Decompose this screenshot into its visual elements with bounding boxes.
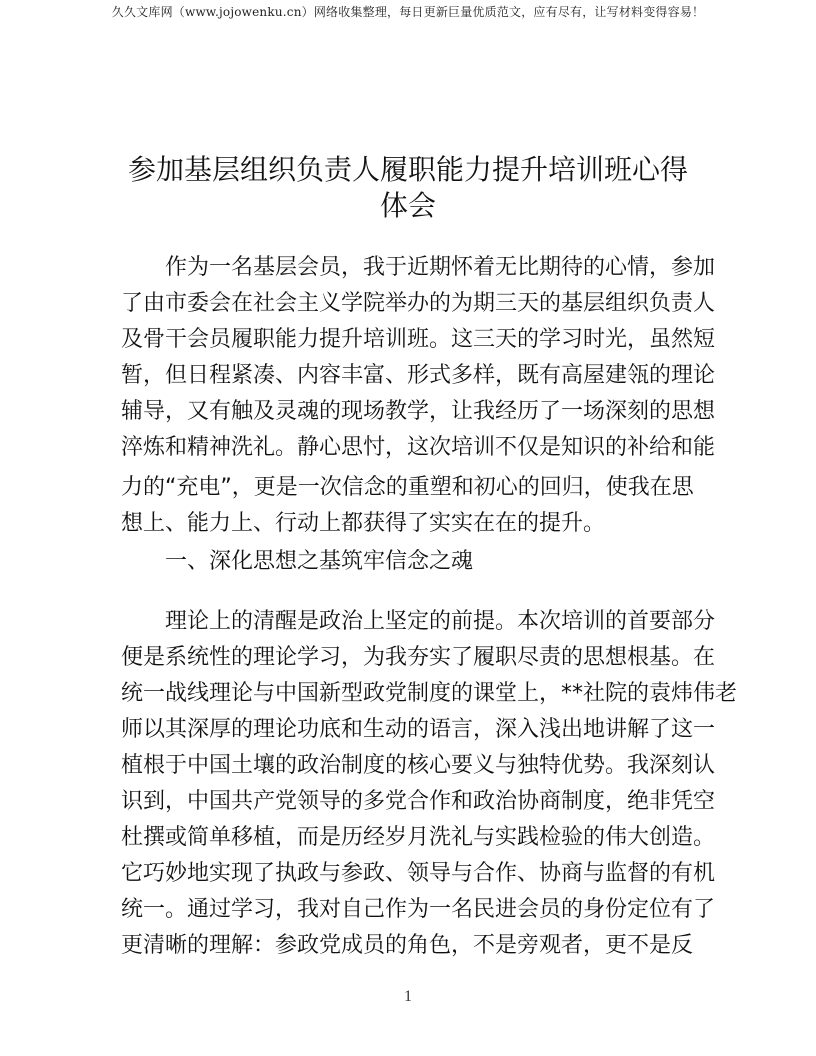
text-line: 统一战线理论与中国新型政党制度的课堂上，**社院的袁炜伟老 [121, 676, 701, 712]
text-line: 识到，中国共产党领导的多党合作和政治协商制度，绝非凭空 [121, 784, 701, 820]
page-number: 1 [0, 988, 816, 1006]
text-line: 理论上的清醒是政治上坚定的前提。本次培训的首要部分 [121, 604, 701, 640]
text-line: 它巧妙地实现了执政与参政、领导与合作、协商与监督的有机 [121, 856, 701, 892]
text-line: 想上、能力上、行动上都获得了实实在在的提升。 [121, 506, 701, 542]
text-line: 了由市委会在社会主义学院举办的为期三天的基层组织负责人 [121, 286, 701, 322]
section-heading-text: 一、深化思想之基筑牢信念之魂 [121, 544, 701, 580]
text-line: 作为一名基层会员，我于近期怀着无比期待的心情，参加 [121, 250, 701, 286]
text-line: 力的“充电”，更是一次信念的重塑和初心的回归，使我在思 [121, 470, 701, 506]
section-heading-1: 一、深化思想之基筑牢信念之魂 [121, 544, 701, 580]
text-line: 淬炼和精神洗礼。静心思忖，这次培训不仅是知识的补给和能 [121, 430, 701, 466]
site-header-note: 久久文库网（www.jojowenku.cn）网络收集整理，每日更新巨量优质范文… [0, 3, 816, 20]
text-line: 植根于中国土壤的政治制度的核心要义与独特优势。我深刻认 [121, 748, 701, 784]
paragraph-intro: 作为一名基层会员，我于近期怀着无比期待的心情，参加 了由市委会在社会主义学院举办… [121, 250, 701, 466]
title-line: 体会 [110, 188, 706, 224]
paragraph-intro-continued: 力的“充电”，更是一次信念的重塑和初心的回归，使我在思 想上、能力上、行动上都获… [121, 470, 701, 542]
text-line: 及骨干会员履职能力提升培训班。这三天的学习时光，虽然短 [121, 322, 701, 358]
document-title: 参加基层组织负责人履职能力提升培训班心得 体会 [110, 152, 706, 224]
text-line: 辅导，又有触及灵魂的现场教学，让我经历了一场深刻的思想 [121, 394, 701, 430]
paragraph-theory: 理论上的清醒是政治上坚定的前提。本次培训的首要部分 便是系统性的理论学习，为我夯… [121, 604, 701, 964]
text-line: 杜撰或简单移植，而是历经岁月洗礼与实践检验的伟大创造。 [121, 820, 701, 856]
text-line: 统一。通过学习，我对自己作为一名民进会员的身份定位有了 [121, 892, 701, 928]
text-line: 便是系统性的理论学习，为我夯实了履职尽责的思想根基。在 [121, 640, 701, 676]
text-line: 暂，但日程紧凑、内容丰富、形式多样，既有高屋建瓴的理论 [121, 358, 701, 394]
title-line: 参加基层组织负责人履职能力提升培训班心得 [110, 152, 706, 188]
text-line: 更清晰的理解：参政党成员的角色，不是旁观者，更不是反 [121, 928, 701, 964]
text-line: 师以其深厚的理论功底和生动的语言，深入浅出地讲解了这一 [121, 712, 701, 748]
